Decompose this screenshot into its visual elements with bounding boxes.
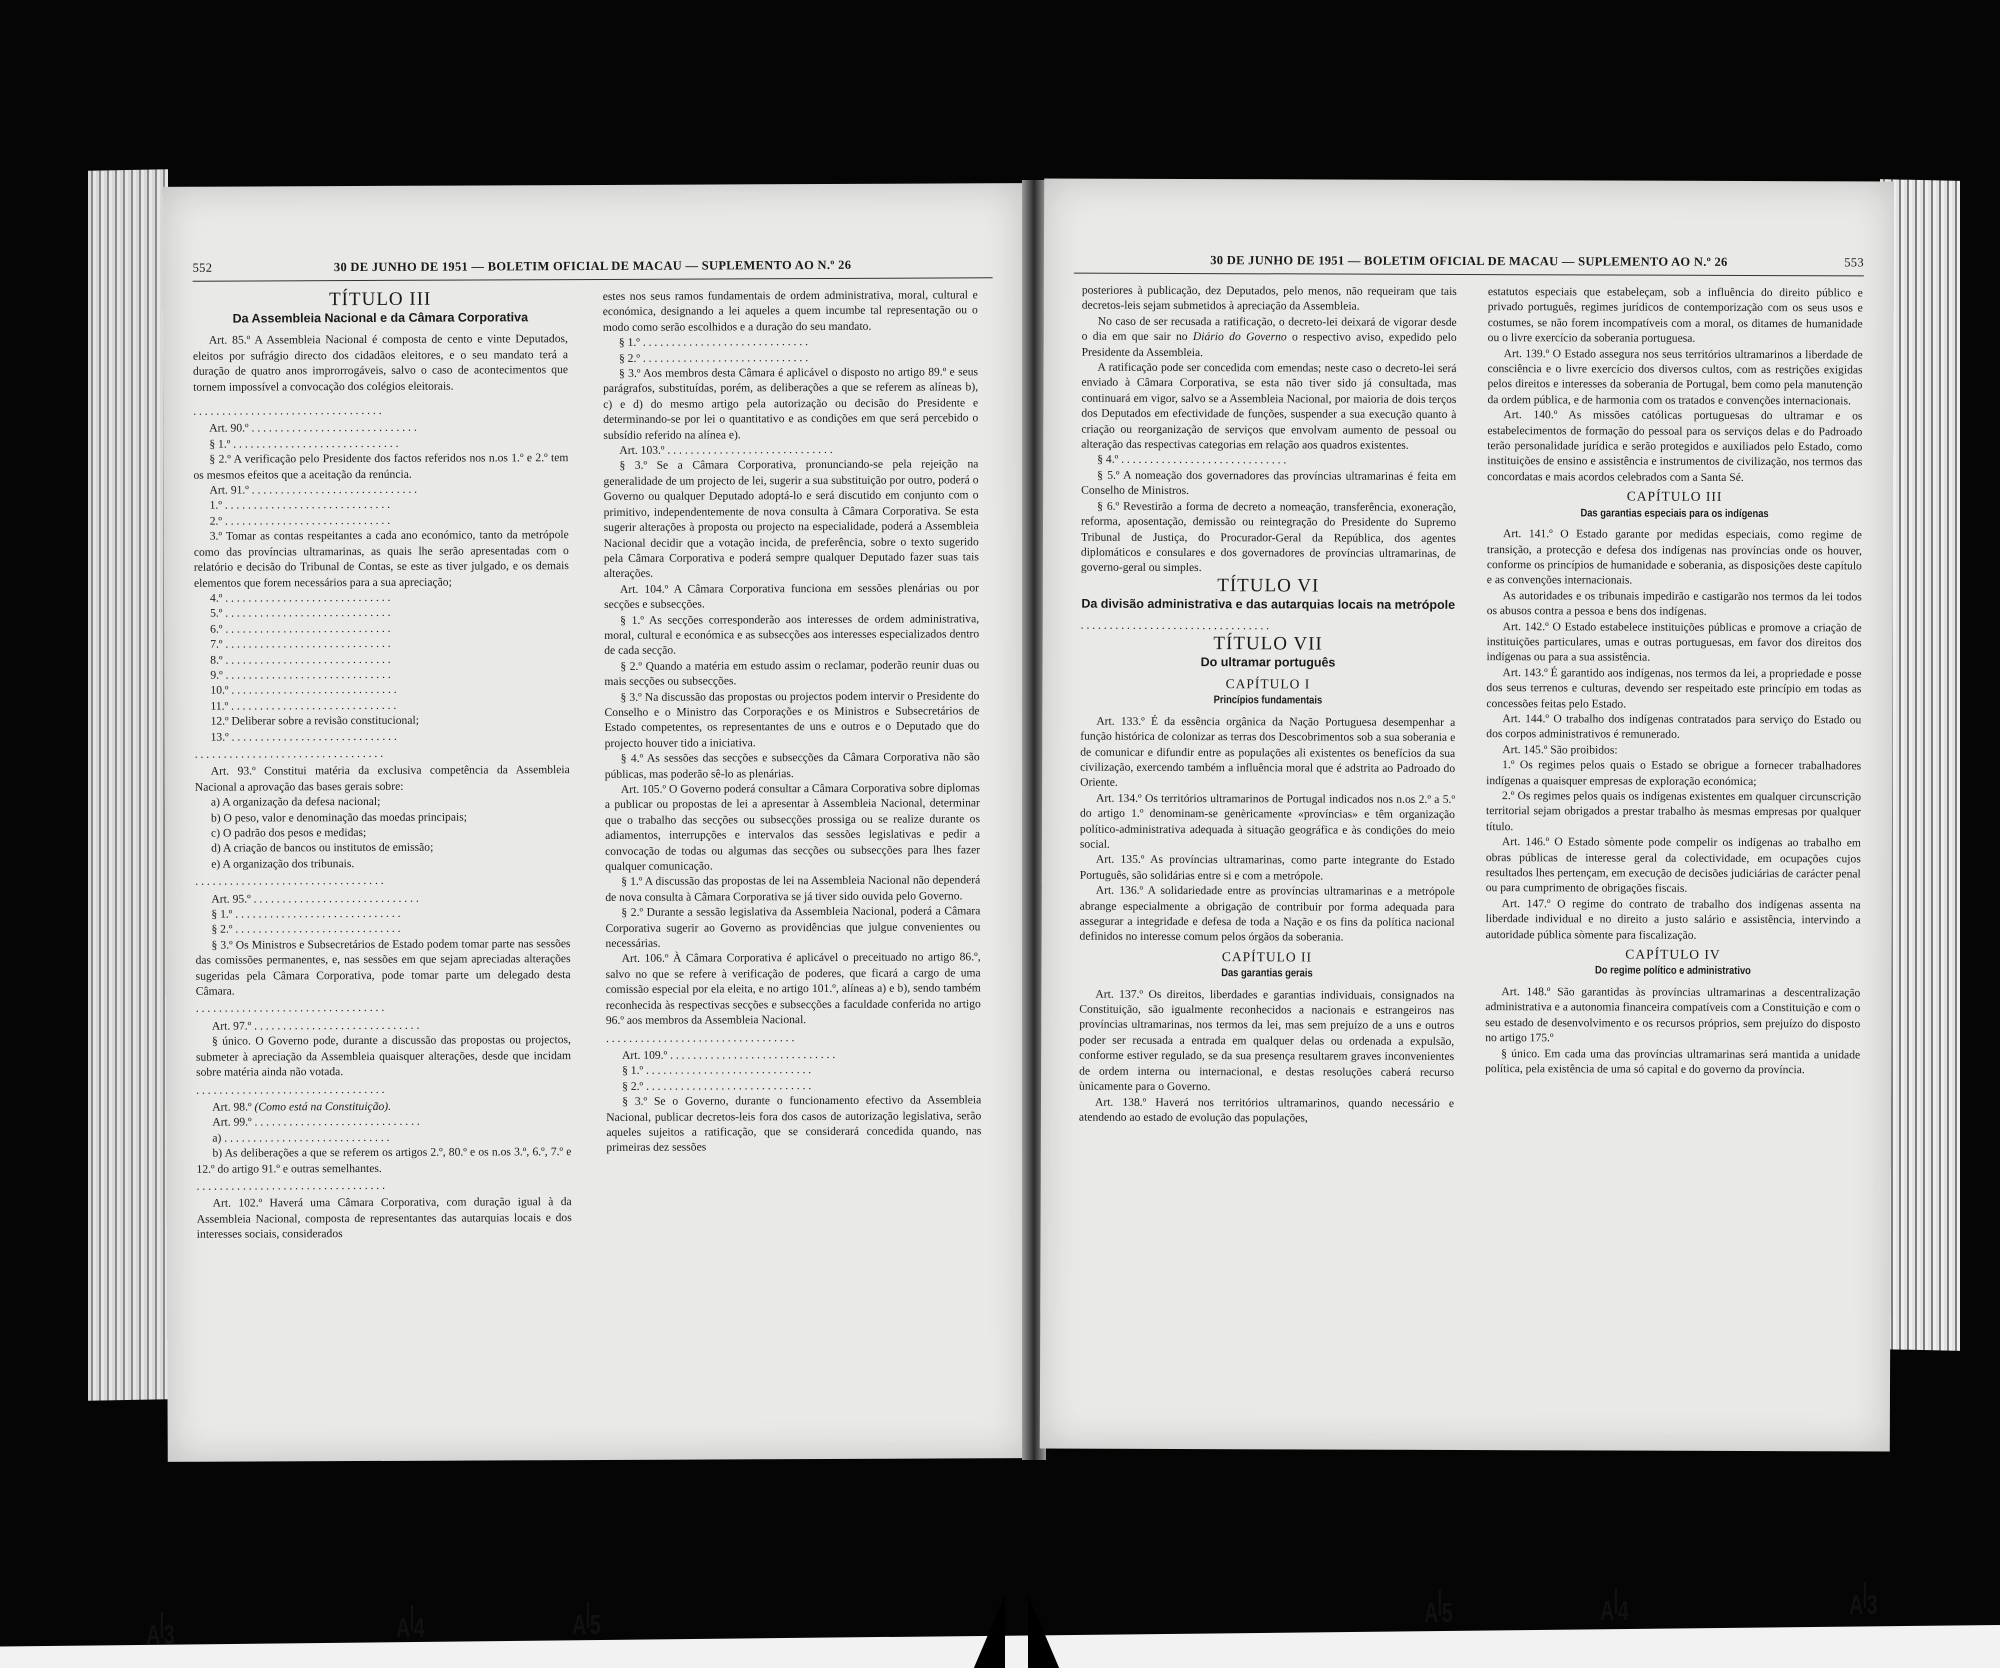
article-105-par-2: § 2.º Durante a sessão legislativa da As… <box>605 904 980 952</box>
article-147: Art. 147.º O regime do contrato de traba… <box>1486 896 1861 944</box>
section-subtitle: Do ultramar português <box>1081 655 1456 671</box>
article-91-item-13: 13.º <box>195 728 570 745</box>
article-99-b: b) As deliberações a que se referem os a… <box>196 1144 571 1176</box>
article-102-par-3: § 3.º Aos membros desta Câmara é aplicáv… <box>603 364 978 443</box>
article-91-item: 1.º <box>194 497 569 514</box>
article-104-par-2: § 2.º Quando a matéria em estudo assim o… <box>604 657 979 689</box>
chapter-title: CAPÍTULO II <box>1079 948 1454 965</box>
par-4: § 4.º <box>1081 452 1456 469</box>
article-137: Art. 137.º Os direitos, liberdades e gar… <box>1079 986 1454 1095</box>
section-title: TÍTULO VI <box>1081 577 1456 594</box>
running-head-title: 30 DE JUNHO DE 1951 — BOLETIM OFICIAL DE… <box>193 257 993 275</box>
film-mark: A4 <box>396 1605 425 1644</box>
article-93-item: c) O padrão dos pesos e medidas; <box>195 824 570 841</box>
omission-dots <box>1081 618 1456 635</box>
chapter-subtitle: Das garantias especiais para os indígena… <box>1515 506 1834 523</box>
article-91-item: 2.º <box>194 512 569 529</box>
article-133: Art. 133.º É da essência orgânica da Naç… <box>1080 713 1455 791</box>
omission-dots <box>195 745 570 762</box>
film-mark: A5 <box>572 1602 601 1641</box>
mark-letter: A <box>1849 1589 1863 1620</box>
article-103-par-3: § 3.º Se a Câmara Corporativa, pronuncia… <box>603 457 979 582</box>
article-95-par-1: § 1.º <box>195 905 570 922</box>
article-93-item: a) A organização da defesa nacional; <box>195 793 570 810</box>
page-number: 553 <box>1844 255 1864 270</box>
article-93: Art. 93.º Constitui matéria da exclusiva… <box>195 762 570 794</box>
left-page-column-2: estes nos seus ramos fundamentais de ord… <box>603 287 982 1155</box>
article-141: Art. 141.º O Estado garante por medidas … <box>1487 526 1862 589</box>
article-91-item: 4.º <box>194 589 569 606</box>
mark-letter: A <box>396 1612 410 1643</box>
ratification-paragraph: No caso de ser recusada a ratificação, o… <box>1082 313 1457 361</box>
article-109-continued: posteriores à publicação, dez Deputados,… <box>1082 283 1457 315</box>
article-95: Art. 95.º <box>195 890 570 907</box>
chapter-subtitle: Das garantias gerais <box>1108 966 1427 983</box>
article-102-continued: estes nos seus ramos fundamentais de ord… <box>603 287 978 335</box>
section-title: TÍTULO III <box>193 291 568 308</box>
omission-dots <box>196 1000 571 1017</box>
article-97-unico: § único. O Governo pode, durante a discu… <box>196 1032 571 1080</box>
article-91-item: 7.º <box>194 635 569 652</box>
article-91-item: 5.º <box>194 604 569 621</box>
omission-dots <box>193 402 568 419</box>
mark-digit: 5 <box>1442 1597 1453 1628</box>
article-91-item: 9.º <box>194 666 569 683</box>
article-93-item: d) A criação de bancos ou institutos de … <box>195 840 570 857</box>
section-title: TÍTULO VII <box>1081 635 1456 652</box>
article-85: Art. 85.º A Assembleia Nacional é compos… <box>193 332 568 395</box>
mark-digit: 5 <box>590 1609 601 1640</box>
par-6: § 6.º Revestirão a forma de decreto a no… <box>1081 498 1456 576</box>
article-103: Art. 103.º <box>603 441 978 458</box>
right-page-column-1: posteriores à publicação, dez Deputados,… <box>1079 283 1457 1127</box>
right-page: 30 DE JUNHO DE 1951 — BOLETIM OFICIAL DE… <box>1040 179 1894 1452</box>
article-104-par-1: § 1.º As secções corresponderão aos inte… <box>604 611 979 659</box>
article-109-par-2: § 2.º <box>606 1077 981 1094</box>
running-head-right: 30 DE JUNHO DE 1951 — BOLETIM OFICIAL DE… <box>1074 251 1864 277</box>
article-148: Art. 148.º São garantidas às províncias … <box>1485 984 1860 1047</box>
article-91-item-12: 12.º Deliberar sobre a revisão constituc… <box>195 712 570 729</box>
article-91-item-3: 3.º Tomar as contas respeitantes a cada … <box>194 527 569 590</box>
article-91-item: 11.º <box>194 697 569 714</box>
article-98: Art. 98.º (Como está na Constituição). <box>196 1098 571 1115</box>
film-mark: A3 <box>146 1612 175 1651</box>
article-148-unico: § único. Em cada uma das províncias ultr… <box>1485 1046 1860 1078</box>
film-mark: A5 <box>1424 1590 1453 1629</box>
par-5: § 5.º A nomeação dos governadores das pr… <box>1081 468 1456 500</box>
left-page-column-1: TÍTULO III Da Assembleia Nacional e da C… <box>193 289 572 1242</box>
mark-digit: 4 <box>1618 1595 1629 1626</box>
article-145: Art. 145.º São proibidos: <box>1486 742 1861 759</box>
book-page-edges-left <box>88 169 168 1400</box>
film-mark: A3 <box>1849 1582 1878 1621</box>
running-head-title: 30 DE JUNHO DE 1951 — BOLETIM OFICIAL DE… <box>1074 253 1864 271</box>
article-91-item: 6.º <box>194 620 569 637</box>
mark-letter: A <box>1424 1597 1438 1628</box>
article-142: Art. 142.º O Estado estabelece instituiç… <box>1487 619 1862 667</box>
publication-name: Diário do Governo <box>1193 330 1287 343</box>
article-93-item: e) A organização dos tribunais. <box>195 855 570 872</box>
article-102-par-2: § 2.º <box>603 349 978 366</box>
left-page: 552 30 DE JUNHO DE 1951 — BOLETIM OFICIA… <box>162 183 1028 1462</box>
right-page-column-2: estatutos especiais que estabeleçam, sob… <box>1485 284 1863 1078</box>
article-99-a: a) <box>196 1129 571 1146</box>
article-136: Art. 136.º A solidariedade entre as prov… <box>1080 883 1455 946</box>
article-138: Art. 138.º Haverá nos territórios ultram… <box>1079 1094 1454 1126</box>
chapter-subtitle: Do regime político e administrativo <box>1514 964 1833 981</box>
article-98-note: (Como está na Constituição). <box>254 1100 391 1114</box>
mark-digit: 3 <box>164 1619 175 1650</box>
article-134: Art. 134.º Os territórios ultramarinos d… <box>1080 790 1455 853</box>
mark-letter: A <box>1600 1595 1614 1626</box>
amendments-paragraph: A ratificação pode ser concedida com eme… <box>1081 360 1456 454</box>
article-145-item-1: 1.º Os regimes pelos quais o Estado se o… <box>1486 757 1861 789</box>
article-140: Art. 140.º As missões católicas portugue… <box>1487 407 1862 485</box>
article-91-item: 10.º <box>194 681 569 698</box>
article-90-par-2: § 2.º A verificação pelo Presidente dos … <box>193 450 568 482</box>
film-mark: A4 <box>1600 1588 1629 1627</box>
article-143: Art. 143.º É garantido aos indígenas, no… <box>1486 665 1861 713</box>
omission-dots <box>197 1177 572 1194</box>
article-91: Art. 91.º <box>194 481 569 498</box>
article-93-item: b) O peso, valor e denominação das moeda… <box>195 809 570 826</box>
mark-digit: 4 <box>414 1612 425 1643</box>
omission-dots <box>606 1029 981 1046</box>
article-106: Art. 106.º À Câmara Corporativa é aplicá… <box>606 950 981 1029</box>
mark-letter: A <box>146 1619 160 1650</box>
article-95-par-3: § 3.º Os Ministros e Subsecretários de E… <box>195 936 570 999</box>
chapter-title: CAPÍTULO IV <box>1485 946 1860 963</box>
article-99: Art. 99.º <box>196 1113 571 1130</box>
article-144: Art. 144.º O trabalho dos indígenas cont… <box>1486 711 1861 743</box>
center-arrow-left-icon <box>973 1595 1005 1668</box>
omission-dots <box>195 872 570 889</box>
section-subtitle: Da Assembleia Nacional e da Câmara Corpo… <box>193 311 568 328</box>
article-91-item: 8.º <box>194 651 569 668</box>
article-109: Art. 109.º <box>606 1046 981 1063</box>
chapter-title: CAPÍTULO III <box>1487 488 1862 505</box>
article-138-continued: estatutos especiais que estabeleçam, sob… <box>1488 284 1863 347</box>
running-head-left: 552 30 DE JUNHO DE 1951 — BOLETIM OFICIA… <box>193 255 993 281</box>
article-90-par-1: § 1.º <box>193 435 568 452</box>
chapter-subtitle: Princípios fundamentais <box>1108 693 1427 710</box>
omission-dots <box>196 1081 571 1098</box>
article-105: Art. 105.º O Governo poderá consultar a … <box>605 780 980 874</box>
article-97: Art. 97.º <box>196 1017 571 1034</box>
chapter-title: CAPÍTULO I <box>1080 676 1455 693</box>
article-109-par-1: § 1.º <box>606 1062 981 1079</box>
article-102: Art. 102.º Haverá uma Câmara Corporativa… <box>197 1194 572 1242</box>
article-98-label: Art. 98.º <box>212 1100 251 1113</box>
article-104-par-4: § 4.º As sessões das secções e subsecçõe… <box>605 750 980 782</box>
article-146: Art. 146.º O Estado sòmente pode compeli… <box>1486 834 1861 897</box>
article-104-par-3: § 3.º Na discussão das propostas ou proj… <box>604 688 979 751</box>
mark-letter: A <box>572 1609 586 1640</box>
article-95-par-2: § 2.º <box>195 921 570 938</box>
mark-digit: 3 <box>1867 1589 1878 1620</box>
article-90: Art. 90.º <box>193 420 568 437</box>
article-105-par-1: § 1.º A discussão das propostas de lei n… <box>605 873 980 905</box>
article-145-item-2: 2.º Os regimes pelos quais os indígenas … <box>1486 788 1861 836</box>
article-102-par-1: § 1.º <box>603 334 978 351</box>
article-139: Art. 139.º O Estado assegura nos seus te… <box>1487 346 1862 409</box>
article-141-b: As autoridades e os tribunais impedirão … <box>1487 588 1862 620</box>
article-135: Art. 135.º As províncias ultramarinas, c… <box>1080 852 1455 884</box>
article-104: Art. 104.º A Câmara Corporativa funciona… <box>604 580 979 612</box>
article-109-par-3: § 3.º Se o Governo, durante o funcioname… <box>606 1092 981 1155</box>
section-subtitle: Da divisão administrativa e das autarqui… <box>1081 597 1456 613</box>
center-arrow-right-icon <box>1028 1595 1060 1668</box>
